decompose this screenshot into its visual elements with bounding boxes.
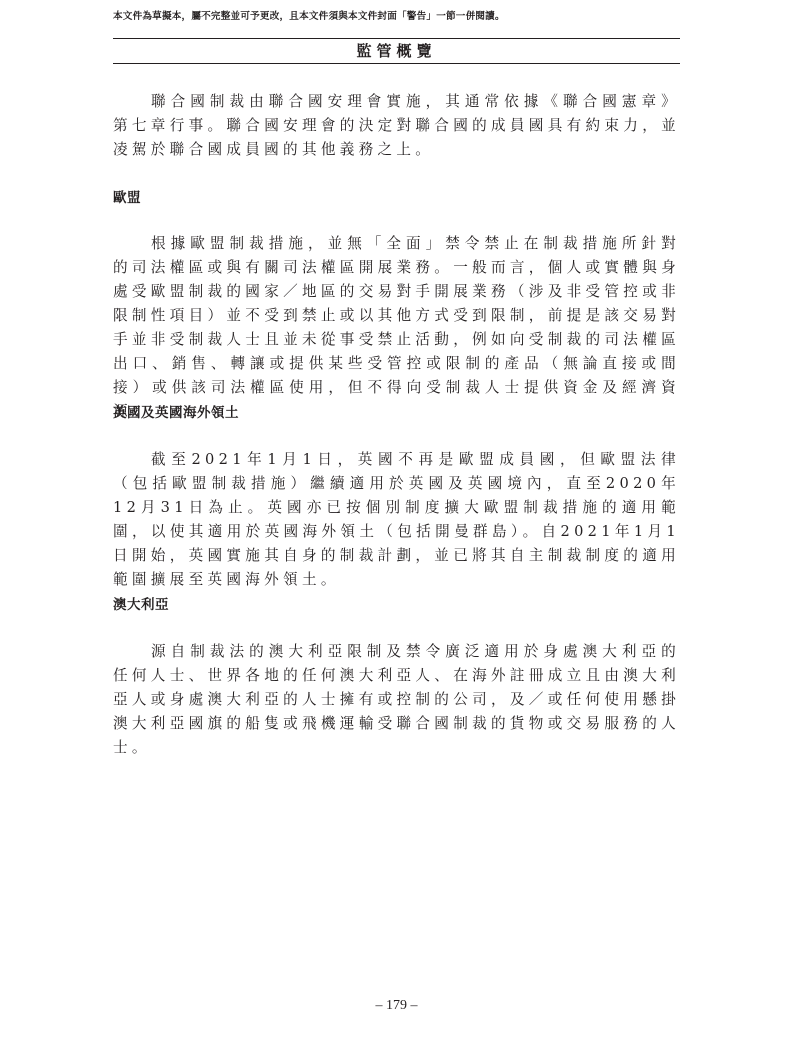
section-uk: 英國及英國海外領土 <box>113 403 680 423</box>
section-paragraph-uk: 截至2021年1月1日，英國不再是歐盟成員國，但歐盟法律（包括歐盟制裁措施）繼續… <box>113 448 680 592</box>
page-number: – 179 – <box>113 997 680 1015</box>
top-rule <box>113 38 680 39</box>
intro-paragraph: 聯合國制裁由聯合國安理會實施，其通常依據《聯合國憲章》第七章行事。聯合國安理會的… <box>113 90 680 162</box>
section-au-body: 源自制裁法的澳大利亞限制及禁令廣泛適用於身處澳大利亞的任何人士、世界各地的任何澳… <box>113 640 680 760</box>
section-eu-body: 根據歐盟制裁措施，並無「全面」禁令禁止在制裁措施所針對的司法權區或與有關司法權區… <box>113 232 680 424</box>
section-paragraph-eu: 根據歐盟制裁措施，並無「全面」禁令禁止在制裁措施所針對的司法權區或與有關司法權區… <box>113 232 680 424</box>
section-title: 監管概覽 <box>113 41 680 61</box>
section-heading-eu: 歐盟 <box>113 188 680 208</box>
section-paragraph-au: 源自制裁法的澳大利亞限制及禁令廣泛適用於身處澳大利亞的任何人士、世界各地的任何澳… <box>113 640 680 760</box>
draft-notice: 本文件為草擬本，屬不完整並可予更改，且本文件須與本文件封面「警告」一節一併閱讀。 <box>113 10 680 24</box>
section-au: 澳大利亞 <box>113 595 680 615</box>
bottom-rule <box>113 63 680 64</box>
section-eu: 歐盟 <box>113 188 680 208</box>
section-heading-au: 澳大利亞 <box>113 595 680 615</box>
section-uk-body: 截至2021年1月1日，英國不再是歐盟成員國，但歐盟法律（包括歐盟制裁措施）繼續… <box>113 448 680 592</box>
intro-block: 聯合國制裁由聯合國安理會實施，其通常依據《聯合國憲章》第七章行事。聯合國安理會的… <box>113 90 680 162</box>
section-heading-uk: 英國及英國海外領土 <box>113 403 680 423</box>
